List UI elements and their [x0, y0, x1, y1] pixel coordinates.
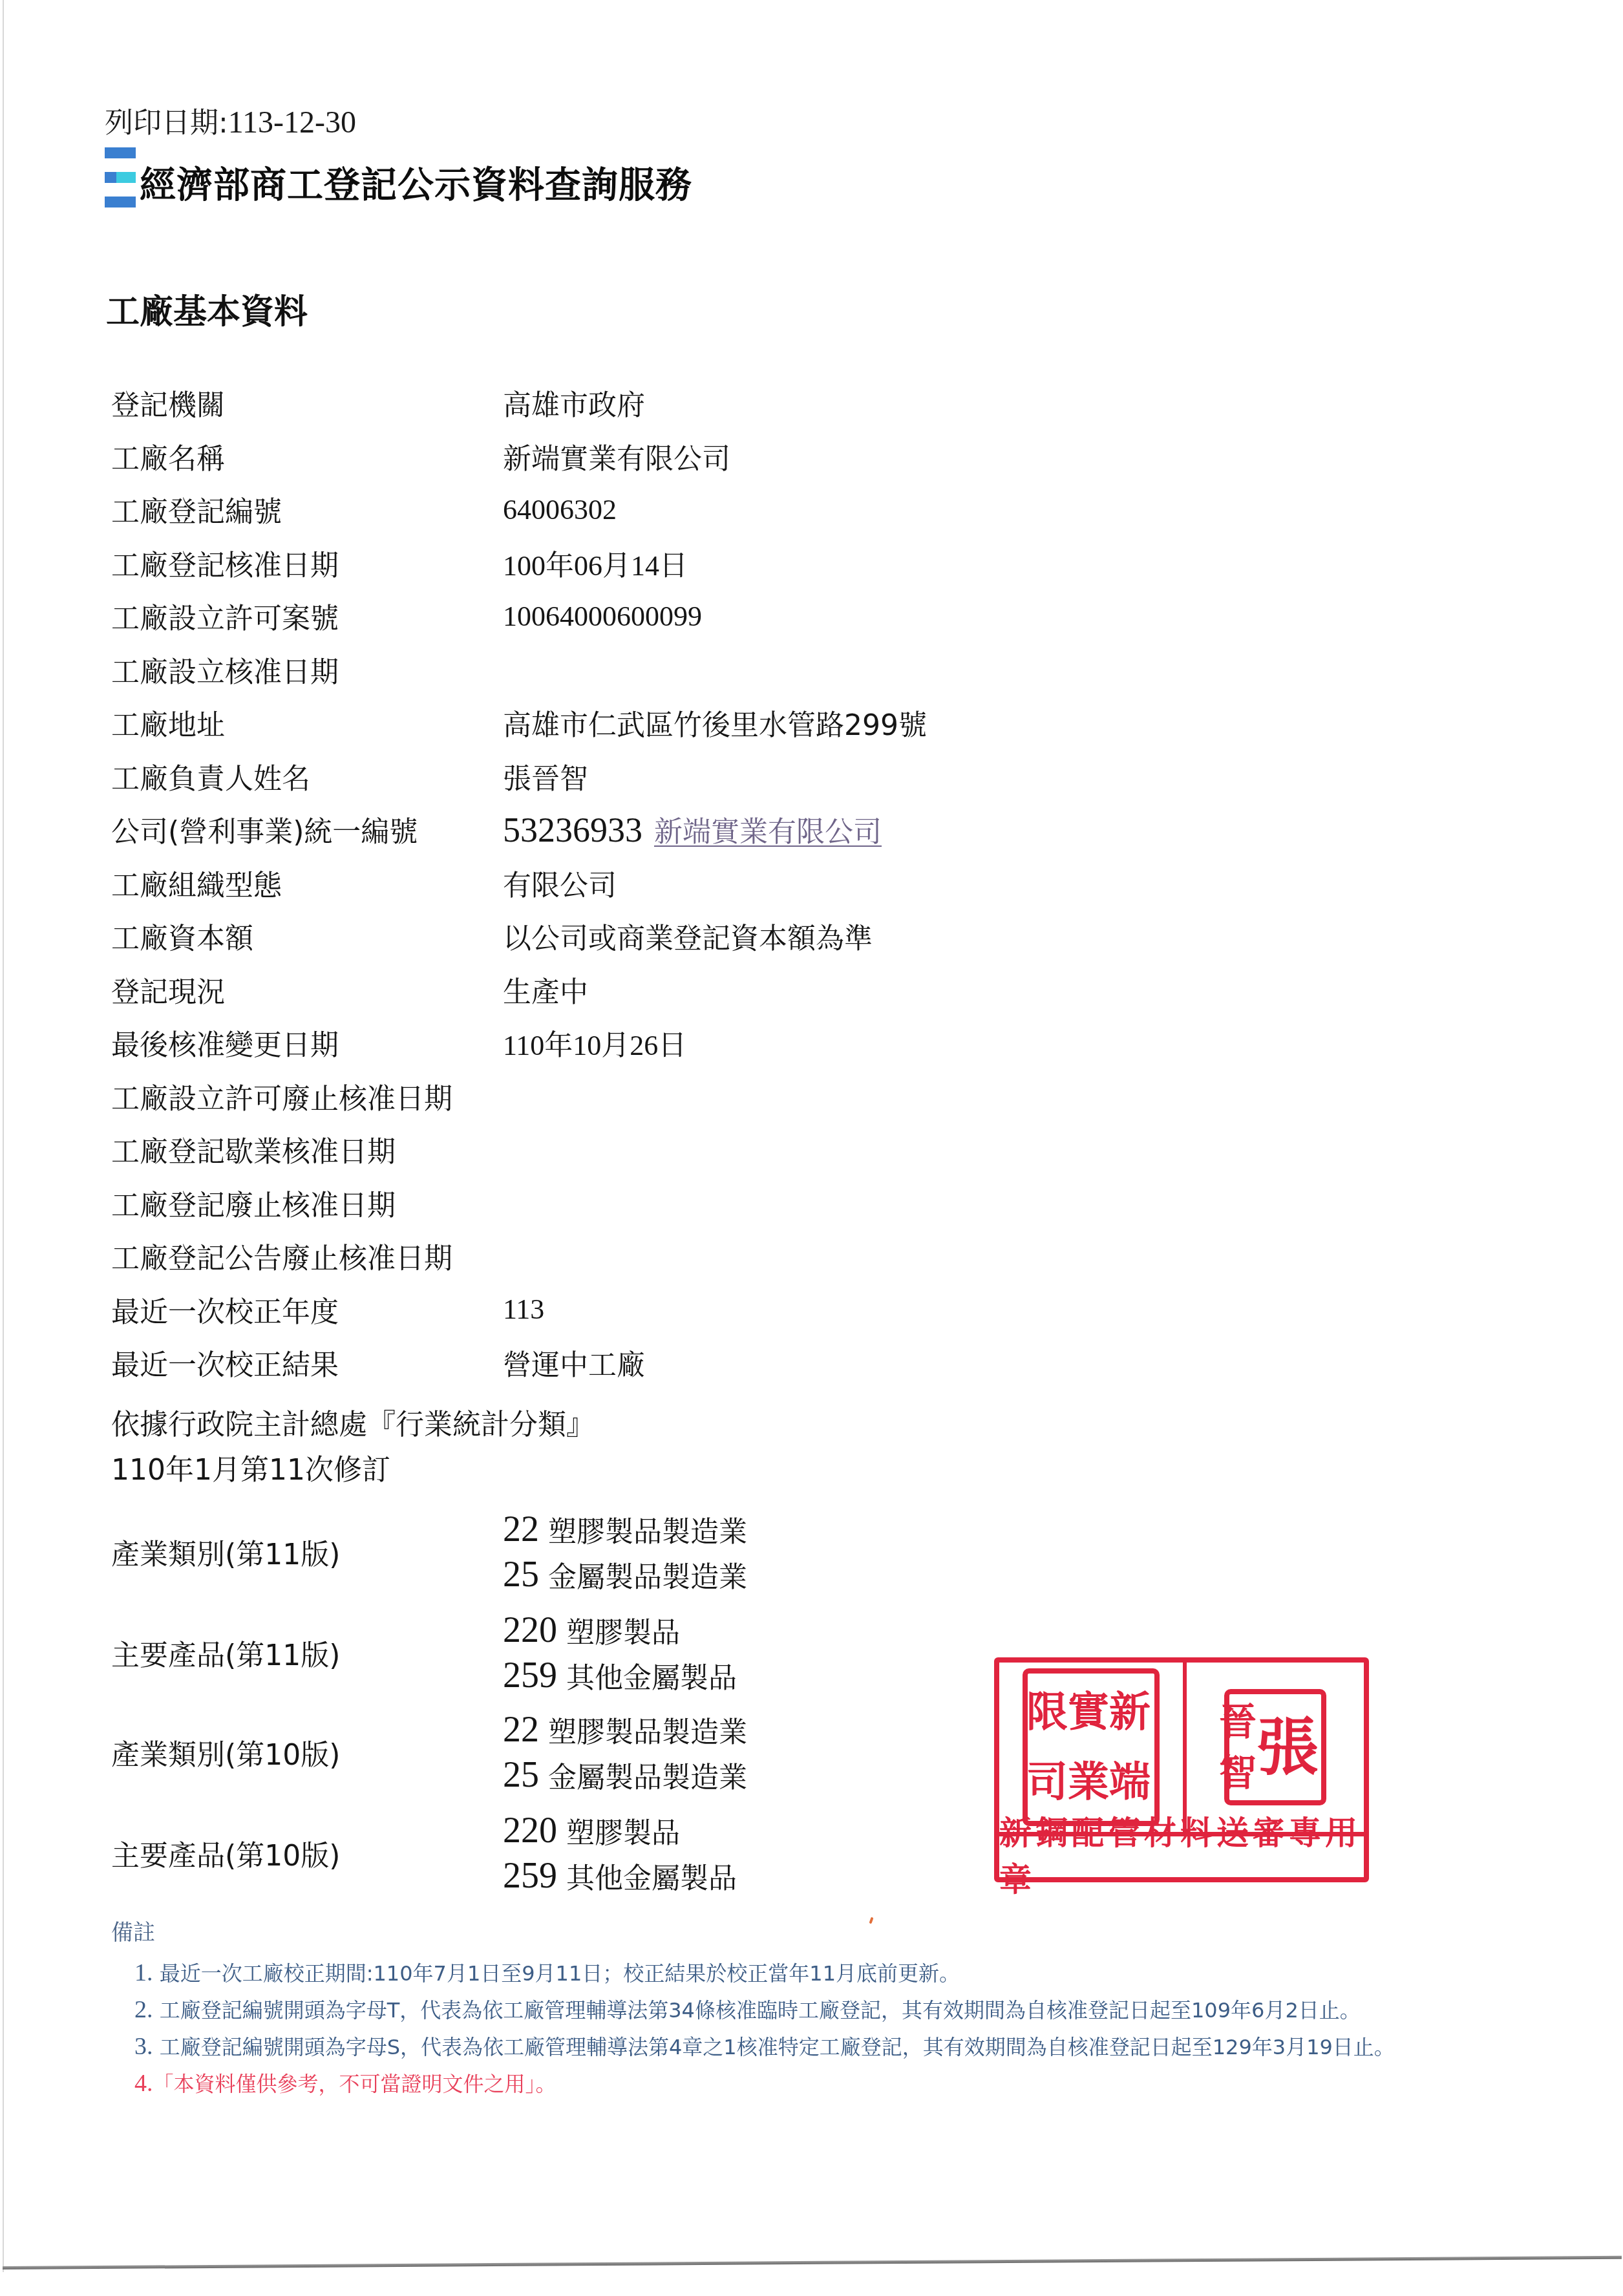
- field-label: 最近一次校正結果: [111, 1342, 503, 1383]
- field-row-registration-authority: 登記機關 高雄市政府: [111, 376, 1016, 430]
- field-label: 工廠名稱: [111, 436, 503, 477]
- note-item-4-disclaimer: 4.「本資料僅供參考，不可當證明文件之用」。: [111, 2065, 1520, 2102]
- industry-code-item: 22塑膠製品製造業: [503, 1707, 747, 1752]
- field-row-permit-revocation-date: 工廠設立許可廢止核准日期: [111, 1070, 1016, 1123]
- section-title: 工廠基本資料: [106, 284, 308, 333]
- code-number: 25: [503, 1554, 539, 1595]
- field-value: 100年06月14日: [503, 542, 688, 584]
- field-label: 工廠設立許可案號: [111, 595, 503, 637]
- service-title: 經濟部商工登記公示資料查詢服務: [140, 156, 692, 208]
- industry-code-item: 25金屬製品製造業: [503, 1552, 747, 1597]
- code-number: 259: [503, 1855, 557, 1897]
- seal-char: 張: [1257, 1697, 1319, 1798]
- seal-caption: 新鋼配管材料送審專用章: [999, 1831, 1364, 1877]
- company-seal-icon: 新 端 實 業 限 司: [1023, 1668, 1160, 1826]
- note-number: 4.: [134, 2070, 153, 2097]
- industry-codes: 220塑膠製品 259其他金屬製品: [503, 1808, 737, 1898]
- note-text: 「本資料僅供參考，不可當證明文件之用」。: [153, 2072, 557, 2096]
- industry-code-item: 25金屬製品製造業: [503, 1752, 747, 1798]
- page-edge-left: [3, 0, 4, 2272]
- field-row-company-tax-id: 公司(營利事業)統一編號 53236933新端實業有限公司: [111, 803, 1016, 856]
- field-row-capital: 工廠資本額 以公司或商業登記資本額為準: [111, 909, 1016, 963]
- field-value: 營運中工廠: [503, 1342, 645, 1383]
- factory-info-fields: 登記機關 高雄市政府 工廠名稱 新端實業有限公司 工廠登記編號 64006302…: [111, 376, 1016, 1390]
- industry-label: 主要產品(第11版): [111, 1632, 503, 1674]
- company-seal-stamp: 新 端 實 業 限 司 張 晉 智 新鋼配管材料送審專用章: [994, 1657, 1369, 1882]
- main-products-v10: 主要產品(第10版) 220塑膠製品 259其他金屬製品: [111, 1805, 1016, 1902]
- field-label: 工廠組織型態: [111, 862, 503, 904]
- field-value: 新端實業有限公司: [503, 436, 730, 477]
- field-value: 高雄市仁武區竹後里水管路299號: [503, 702, 927, 743]
- moea-logo-icon: [105, 145, 136, 209]
- code-number: 259: [503, 1655, 557, 1696]
- seal-char: 端: [1109, 1747, 1151, 1817]
- industry-codes: 22塑膠製品製造業 25金屬製品製造業: [503, 1507, 747, 1597]
- print-date-value: 113-12-30: [228, 105, 356, 140]
- field-value: 有限公司: [503, 862, 617, 904]
- seal-char: 實: [1068, 1677, 1109, 1747]
- industry-label: 主要產品(第10版): [111, 1833, 503, 1874]
- industry-codes: 22塑膠製品製造業 25金屬製品製造業: [503, 1707, 747, 1798]
- code-name: 塑膠製品: [566, 1810, 680, 1851]
- field-value: 張晉智: [503, 756, 588, 797]
- note-number: 1.: [134, 1959, 153, 1986]
- field-row-registration-approval-date: 工廠登記核准日期 100年06月14日: [111, 537, 1016, 590]
- field-label: 登記機關: [111, 382, 503, 423]
- seal-char: 司: [1026, 1747, 1068, 1817]
- industry-code-item: 22塑膠製品製造業: [503, 1507, 747, 1552]
- industry-label: 產業類別(第10版): [111, 1732, 503, 1773]
- code-name: 塑膠製品: [566, 1610, 680, 1651]
- field-row-public-revocation-date: 工廠登記公告廢止核准日期: [111, 1229, 1016, 1283]
- company-link[interactable]: 新端實業有限公司: [654, 816, 882, 849]
- notes-section: 備註 1. 最近一次工廠校正期間:110年7月1日至9月11日；校正結果於校正當…: [111, 1915, 1520, 2102]
- field-label: 工廠地址: [111, 702, 503, 743]
- code-number: 22: [503, 1709, 539, 1750]
- note-item-3: 3. 工廠登記編號開頭為字母S，代表為依工廠管理輔導法第4章之1核准特定工廠登記…: [111, 2028, 1520, 2065]
- company-tax-id: 53236933: [503, 811, 642, 849]
- field-value: 64006302: [503, 493, 617, 526]
- industry-category-v10: 產業類別(第10版) 22塑膠製品製造業 25金屬製品製造業: [111, 1704, 1016, 1801]
- industry-code-item: 259其他金屬製品: [503, 1653, 737, 1698]
- code-number: 22: [503, 1509, 539, 1550]
- field-label: 最後核准變更日期: [111, 1022, 503, 1063]
- field-row-registration-status: 登記現況 生產中: [111, 963, 1016, 1017]
- field-row-factory-address: 工廠地址 高雄市仁武區竹後里水管路299號: [111, 696, 1016, 750]
- field-value: 113: [503, 1293, 544, 1326]
- field-label: 工廠登記公告廢止核准日期: [111, 1235, 503, 1277]
- classification-basis-line2: 110年1月第11次修訂: [111, 1447, 390, 1488]
- code-name: 塑膠製品製造業: [548, 1709, 747, 1750]
- field-label: 工廠登記廢止核准日期: [111, 1182, 503, 1224]
- field-label: 工廠設立許可廢止核准日期: [111, 1076, 503, 1117]
- industry-label: 產業類別(第11版): [111, 1531, 503, 1573]
- note-text: 最近一次工廠校正期間:110年7月1日至9月11日；校正結果於校正當年11月底前…: [160, 1961, 960, 1986]
- notes-title: 備註: [111, 1915, 1520, 1951]
- field-label: 工廠登記編號: [111, 489, 503, 530]
- field-label: 登記現況: [111, 969, 503, 1010]
- code-number: 220: [503, 1810, 557, 1851]
- field-row-responsible-person: 工廠負責人姓名 張晉智: [111, 750, 1016, 803]
- note-text: 工廠登記編號開頭為字母S，代表為依工廠管理輔導法第4章之1核准特定工廠登記，其有…: [160, 2035, 1395, 2059]
- print-date: 列印日期:113-12-30: [105, 103, 356, 143]
- field-row-establishment-approval-date: 工廠設立核准日期: [111, 643, 1016, 697]
- field-row-last-calibration-year: 最近一次校正年度 113: [111, 1283, 1016, 1337]
- field-value: 高雄市政府: [503, 382, 645, 423]
- field-row-last-calibration-result: 最近一次校正結果 營運中工廠: [111, 1336, 1016, 1390]
- industry-code-item: 220塑膠製品: [503, 1808, 737, 1853]
- field-value: 110年10月26日: [503, 1022, 686, 1063]
- service-brand: 經濟部商工登記公示資料查詢服務: [105, 145, 692, 209]
- page-edge-bottom: [3, 2256, 1622, 2269]
- note-number: 3.: [134, 2033, 153, 2060]
- note-text: 工廠登記編號開頭為字母T，代表為依工廠管理輔導法第34條核准臨時工廠登記，其有效…: [160, 1998, 1361, 2023]
- print-date-label: 列印日期:: [105, 107, 228, 140]
- classification-basis-line1: 依據行政院主計總處『行業統計分類』: [111, 1401, 595, 1443]
- field-row-organization-type: 工廠組織型態 有限公司: [111, 856, 1016, 910]
- field-row-revocation-approval-date: 工廠登記廢止核准日期: [111, 1176, 1016, 1230]
- code-name: 其他金屬製品: [566, 1855, 737, 1897]
- field-value: 10064000600099: [503, 600, 702, 633]
- industry-code-item: 259其他金屬製品: [503, 1853, 737, 1898]
- industry-code-item: 220塑膠製品: [503, 1608, 737, 1653]
- field-label: 工廠登記歇業核准日期: [111, 1129, 503, 1170]
- code-name: 金屬製品製造業: [548, 1554, 747, 1595]
- main-products-v11: 主要產品(第11版) 220塑膠製品 259其他金屬製品: [111, 1604, 1016, 1701]
- field-label: 工廠登記核准日期: [111, 542, 503, 584]
- field-label: 最近一次校正年度: [111, 1289, 503, 1330]
- seal-char: 新: [1109, 1677, 1151, 1747]
- field-value: 以公司或商業登記資本額為準: [503, 915, 873, 957]
- seal-company-cell: 新 端 實 業 限 司: [999, 1663, 1187, 1832]
- note-item-2: 2. 工廠登記編號開頭為字母T，代表為依工廠管理輔導法第34條核准臨時工廠登記，…: [111, 1992, 1520, 2028]
- personal-seal-icon: 張 晉 智: [1224, 1689, 1326, 1805]
- industry-codes: 220塑膠製品 259其他金屬製品: [503, 1608, 737, 1698]
- seal-char: 晉: [1219, 1697, 1257, 1747]
- field-row-last-change-date: 最後核准變更日期 110年10月26日: [111, 1016, 1016, 1070]
- code-number: 220: [503, 1610, 557, 1651]
- field-label: 工廠資本額: [111, 915, 503, 957]
- field-label: 公司(營利事業)統一編號: [111, 809, 503, 850]
- field-value: 53236933新端實業有限公司: [503, 809, 882, 850]
- field-label: 工廠設立核准日期: [111, 649, 503, 690]
- seal-char: 業: [1068, 1747, 1109, 1817]
- code-name: 塑膠製品製造業: [548, 1509, 747, 1550]
- field-row-factory-name: 工廠名稱 新端實業有限公司: [111, 430, 1016, 484]
- seal-char: 限: [1026, 1677, 1068, 1747]
- note-item-1: 1. 最近一次工廠校正期間:110年7月1日至9月11日；校正結果於校正當年11…: [111, 1955, 1520, 1992]
- field-row-permit-case-number: 工廠設立許可案號 10064000600099: [111, 590, 1016, 643]
- seal-char: 智: [1219, 1747, 1257, 1798]
- field-value: 生產中: [503, 969, 588, 1010]
- code-number: 25: [503, 1754, 539, 1796]
- seal-person-cell: 張 晉 智: [1187, 1663, 1364, 1832]
- field-row-closure-approval-date: 工廠登記歇業核准日期: [111, 1123, 1016, 1176]
- code-name: 其他金屬製品: [566, 1655, 737, 1696]
- field-row-registration-number: 工廠登記編號 64006302: [111, 483, 1016, 537]
- industry-category-v11: 產業類別(第11版) 22塑膠製品製造業 25金屬製品製造業: [111, 1504, 1016, 1600]
- field-label: 工廠負責人姓名: [111, 756, 503, 797]
- note-number: 2.: [134, 1996, 153, 2023]
- code-name: 金屬製品製造業: [548, 1754, 747, 1796]
